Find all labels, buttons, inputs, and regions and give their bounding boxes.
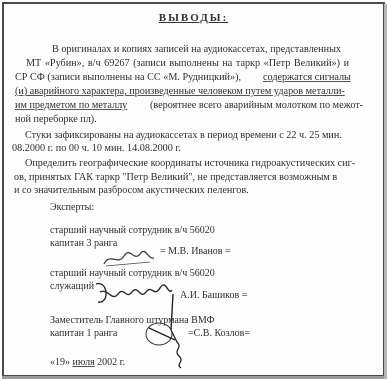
paragraph3-line-2: ов, принятых ГАК таркр "Петр Великий", н…	[14, 172, 337, 184]
paragraph1-line-1: В оригиналах и копиях записей на аудиока…	[52, 44, 341, 56]
paragraph2-line-2: 08.2000 г. по 00 ч. 10 мин. 14.08.2000 г…	[12, 143, 181, 155]
frame-shadow-bottom	[2, 376, 387, 379]
paragraph3-line-3: и со значительным разбросом акустических…	[14, 185, 249, 197]
date-month: июля	[73, 357, 95, 368]
paragraph1-line-5b: (вероятнее всего аварийным молотком по м…	[150, 100, 363, 112]
paragraph1-line-3-underlined: содержатся сигналы	[263, 72, 351, 84]
paragraph1-line-2: МТ «Рубин», в/ч 69267 (записи выполнены …	[26, 58, 349, 70]
expert3-rank: капитан 1 ранга	[50, 328, 117, 339]
paragraph2-line-1: Стуки зафиксированы на аудиокассетах в п…	[25, 130, 342, 142]
date-year: 2002 г.	[97, 357, 125, 368]
expert1-position: старший научный сотрудник в/ч 56020	[50, 225, 215, 236]
document-title: ВЫВОДЫ:	[0, 12, 387, 24]
signature-kozlov-icon	[135, 290, 195, 370]
experts-heading: Эксперты:	[50, 202, 94, 213]
document-date: «19» июля 2002 г.	[50, 357, 125, 368]
date-day: «19»	[50, 357, 70, 368]
paragraph1-line-3: СР СФ (записи выполнены на СС «М. Рудниц…	[15, 72, 241, 84]
paragraph3-line-1: Определить географические координаты ист…	[25, 158, 355, 170]
paragraph1-line-5: им предметом по металлу	[15, 100, 127, 112]
signature-ivanov-icon	[100, 248, 160, 268]
paragraph1-line-6: ной переборке пл).	[15, 114, 97, 126]
expert3-name: =С.В. Козлов=	[188, 328, 250, 339]
paragraph1-line-4: (и) аварийного характера, произведенные …	[15, 86, 345, 98]
expert1-name: = М.В. Иванов =	[160, 246, 231, 257]
